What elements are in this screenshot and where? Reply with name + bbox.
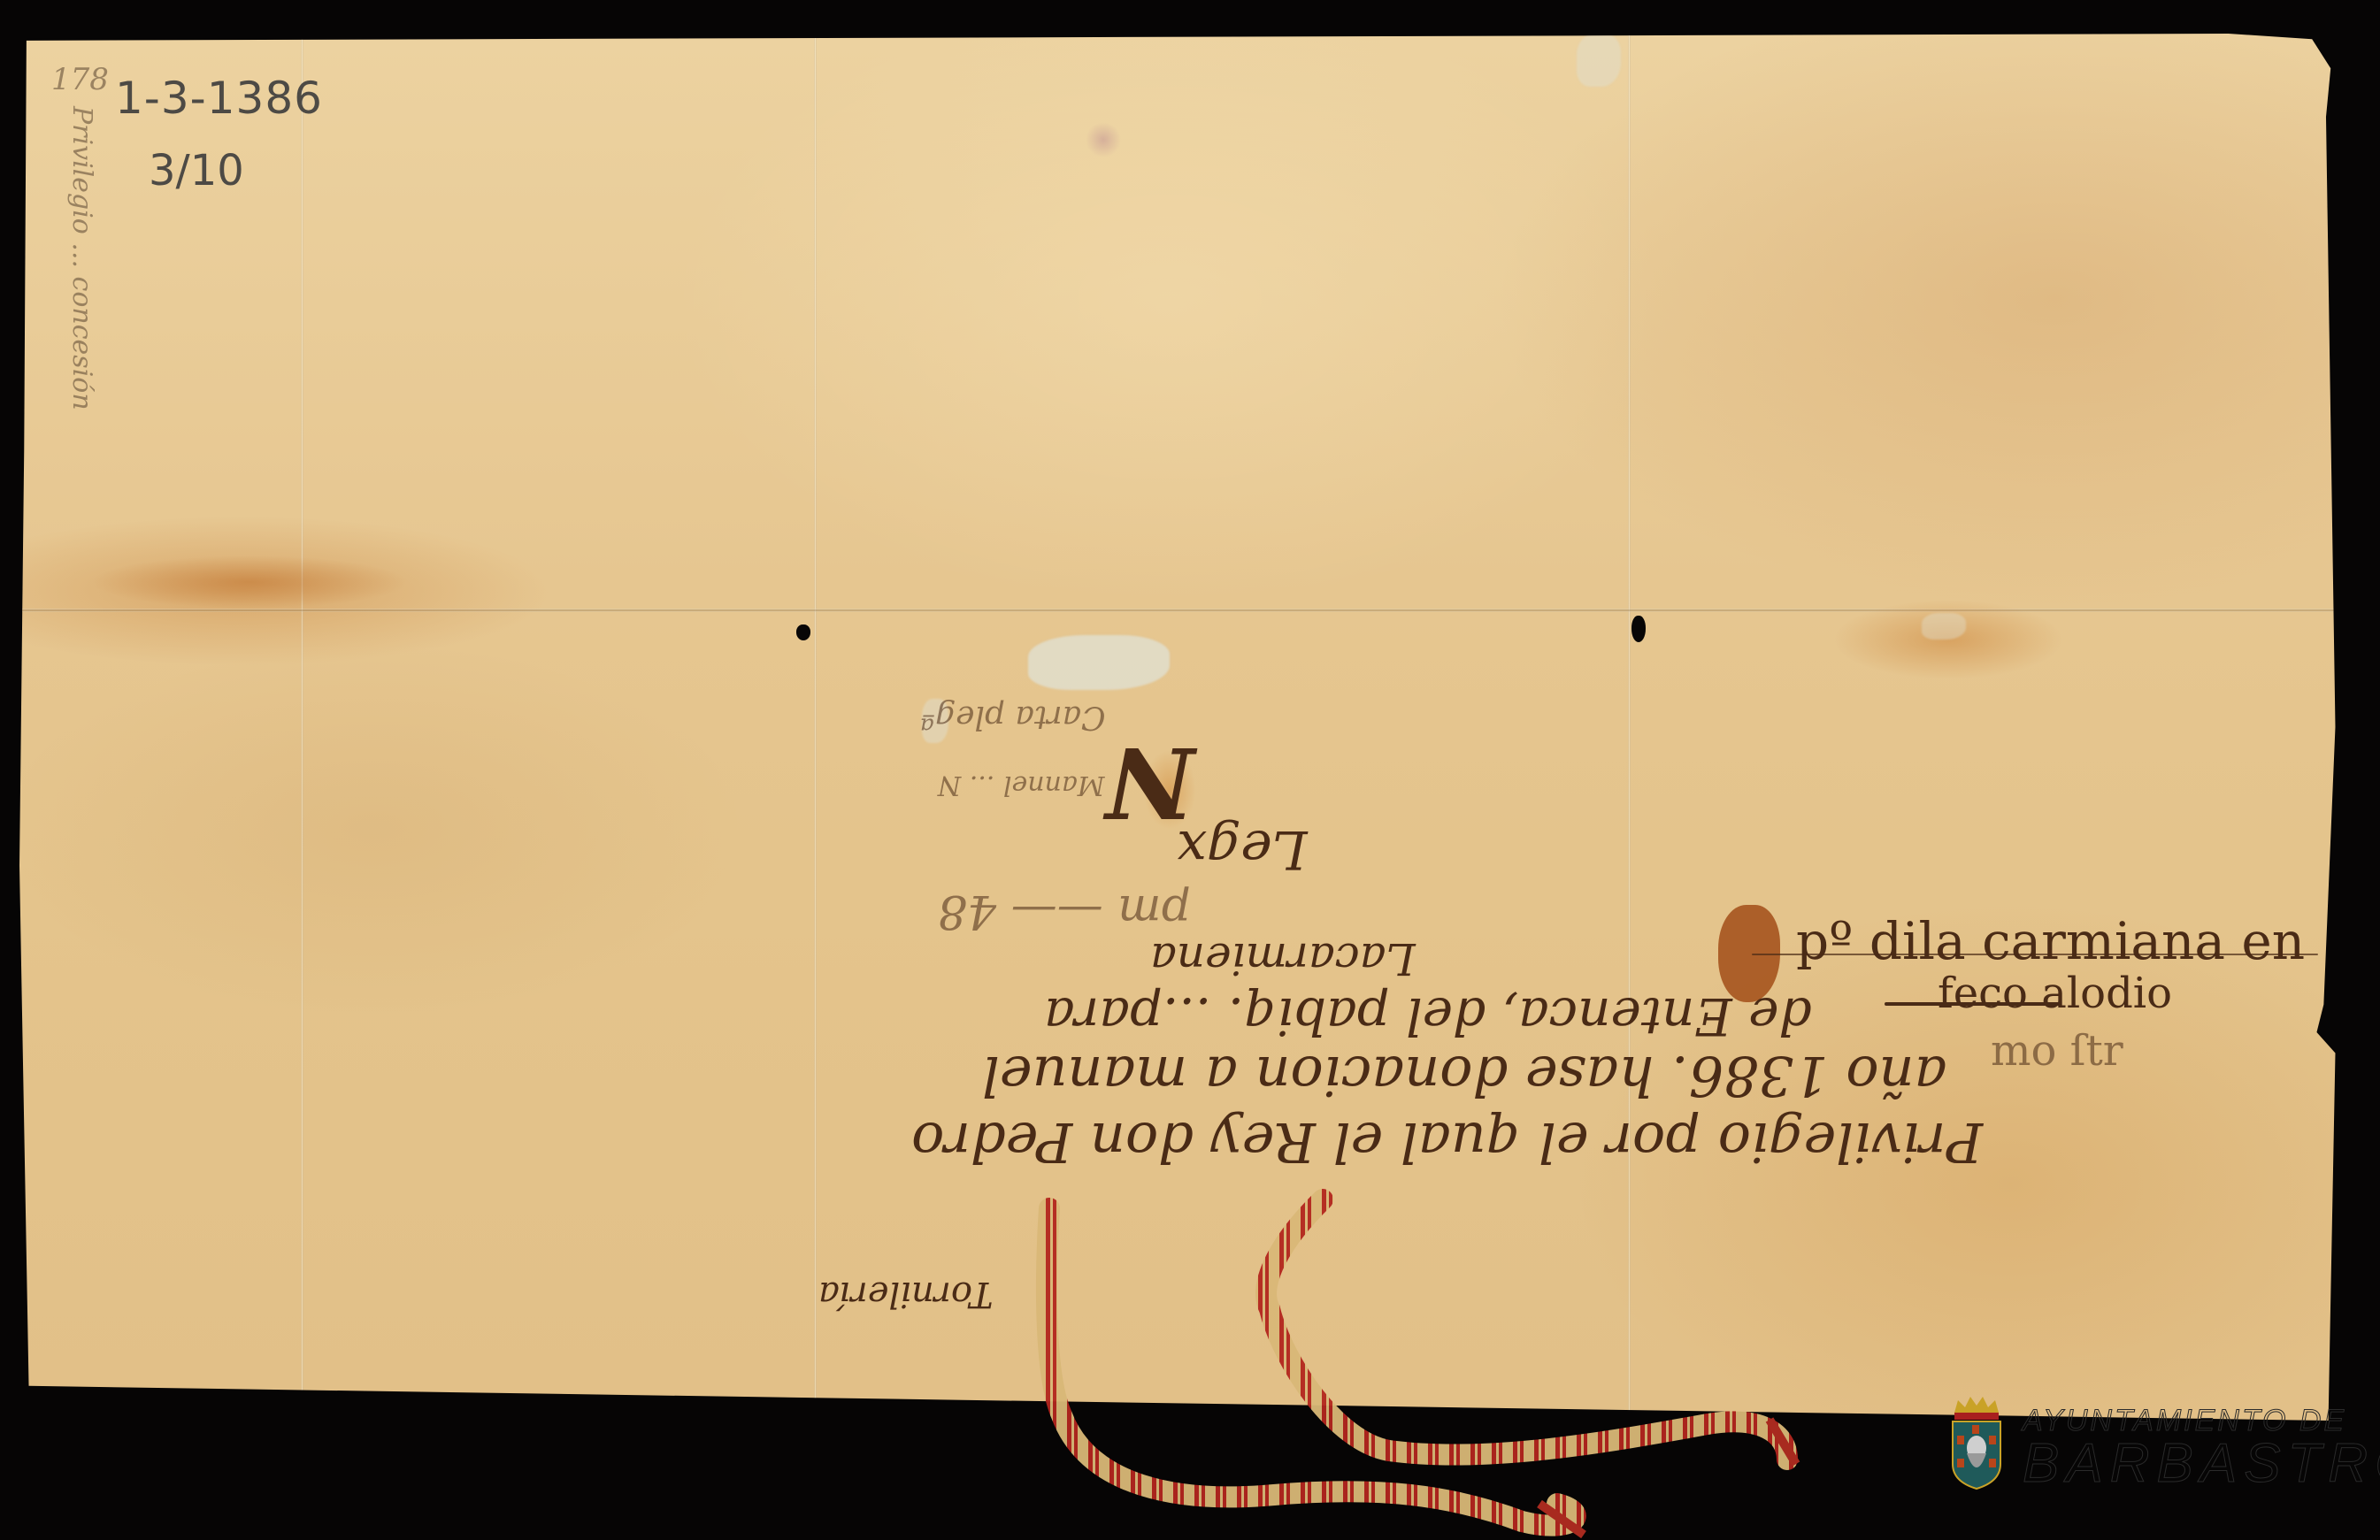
vertical-fold <box>301 34 303 1421</box>
ink-spot <box>1086 122 1121 157</box>
hole <box>1631 616 1646 642</box>
archival-date-annotation: 1-3-1386 <box>115 73 323 124</box>
water-stain <box>90 555 409 609</box>
lower-note: Tornilería <box>818 1274 994 1314</box>
watermark-line-2: BARBASTRO <box>2023 1432 2380 1495</box>
side-note-line-2: feco alodio <box>1938 969 2172 1018</box>
center-note-line-3: Legx <box>1177 818 1308 880</box>
side-note-rule <box>1752 954 2318 955</box>
center-note-line-2: Mannel ... N <box>938 770 1105 801</box>
water-stain <box>1833 600 2063 679</box>
side-note-line-1: pº dila carmiana en <box>1796 911 2305 971</box>
document-viewer-canvas: 1-3-1386 3/10 178 Privilegio ... concesi… <box>0 0 2380 1540</box>
margin-number-mark: 178 <box>51 62 109 97</box>
abrasion-patch <box>1922 613 1966 640</box>
inscription-line-3: de Entenca, del pabiq. ...para <box>1044 986 1812 1046</box>
inscription-line-1: Privilegio por el qual el Rey don Pedro <box>911 1110 1983 1175</box>
ayuntamiento-barbastro-watermark: AYUNTAMIENTO DE BARBASTRO <box>1946 1393 2247 1499</box>
center-note-line-1: Carta plegª <box>920 699 1106 735</box>
vertical-margin-note: Privilegio ... concesión <box>66 106 97 410</box>
abrasion-patch <box>1028 635 1170 690</box>
archival-shelfmark-annotation: 3/10 <box>149 146 244 195</box>
coat-of-arms-icon <box>1949 1393 2004 1490</box>
center-note-line-4: pm —— 48 <box>938 885 1191 938</box>
hole <box>796 624 810 640</box>
side-note-line-3: mo ſtr <box>1991 1026 2123 1076</box>
vertical-fold <box>814 34 817 1421</box>
notary-signature-mark: N <box>1106 725 1195 839</box>
inscription-line-4: Lacarmiena <box>1150 933 1416 985</box>
abrasion-patch <box>1577 34 1621 87</box>
side-note-underline <box>1885 1002 2061 1006</box>
vertical-fold <box>1628 34 1631 1421</box>
inscription-line-2: año 1386. hase donacion a manuel <box>982 1044 1946 1108</box>
